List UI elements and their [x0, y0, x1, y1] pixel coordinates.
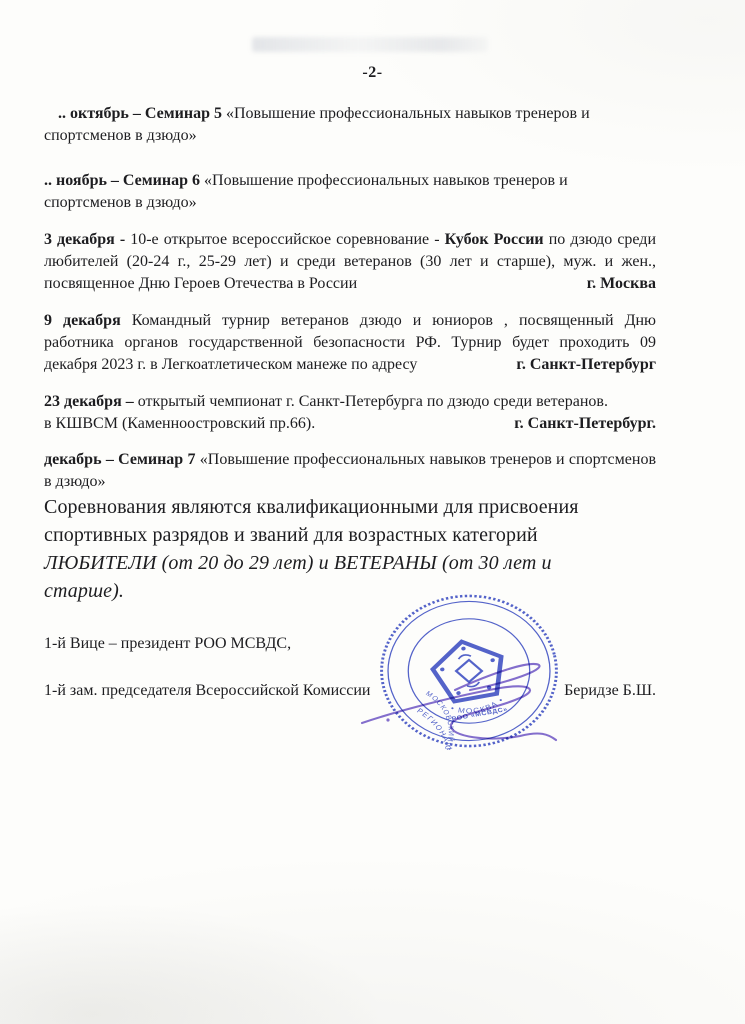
- paragraph-lead: .. октябрь – Семинар 5: [58, 105, 222, 122]
- paragraph-november-seminar6: .. ноябрь – Семинар 6 «Повышение професс…: [44, 170, 656, 214]
- paragraph-lead: 23 декабря –: [44, 393, 134, 410]
- paragraph-december23-championship: 23 декабря – открытый чемпионат г. Санкт…: [44, 391, 656, 435]
- signature-main-stroke: [362, 686, 556, 740]
- signature-ink-dot: [386, 718, 389, 721]
- paragraph-lead: 3 декабря -: [44, 231, 125, 248]
- paragraph-text: в КШВСМ (Каменноостровский пр.66).: [44, 415, 315, 432]
- signature-upper-flourish: [455, 664, 539, 690]
- scanned-document-page: -2- .. октябрь – Семинар 5 «Повышение пр…: [0, 0, 745, 1024]
- paragraph-lead: 9 декабря: [44, 312, 121, 329]
- paragraph-december9-tournament: 9 декабря Командный турнир ветеранов дзю…: [44, 310, 656, 376]
- paragraph-december-seminar7: декабрь – Семинар 7 «Повышение профессио…: [44, 449, 656, 493]
- paragraph-december3-cup: 3 декабря - 10-е открытое всероссийское …: [44, 229, 656, 295]
- handwritten-signature: [330, 618, 650, 758]
- paragraph-line: 23 декабря – открытый чемпионат г. Санкт…: [44, 391, 656, 413]
- ink-bleed-through: [252, 37, 488, 52]
- paragraph-line: в КШВСМ (Каменноостровский пр.66).г. Сан…: [44, 413, 656, 435]
- document-body: .. октябрь – Семинар 5 «Повышение профес…: [44, 84, 656, 702]
- page-number: -2-: [0, 64, 745, 82]
- paragraph-text: открытый чемпионат г. Санкт-Петербурга п…: [134, 393, 608, 410]
- paragraph-october-seminar5: .. октябрь – Семинар 5 «Повышение профес…: [44, 103, 656, 147]
- signatory-title-line2: 1-й зам. председателя Всероссийской Коми…: [44, 680, 371, 702]
- paragraph-text: Соревнования являются квалификационными …: [44, 496, 579, 546]
- paragraph-qualification-note: Соревнования являются квалификационными …: [44, 493, 636, 605]
- paragraph-text: 10-е открытое всероссийское соревнование…: [125, 231, 444, 248]
- paragraph-lead: декабрь – Семинар 7: [44, 451, 196, 468]
- event-name: Кубок России: [445, 231, 544, 248]
- event-city: г. Санкт-Петербург: [516, 354, 656, 376]
- event-city: г. Санкт-Петербург.: [514, 413, 656, 435]
- paragraph-lead: .. ноябрь – Семинар 6: [44, 172, 200, 189]
- event-city: г. Москва: [587, 273, 656, 295]
